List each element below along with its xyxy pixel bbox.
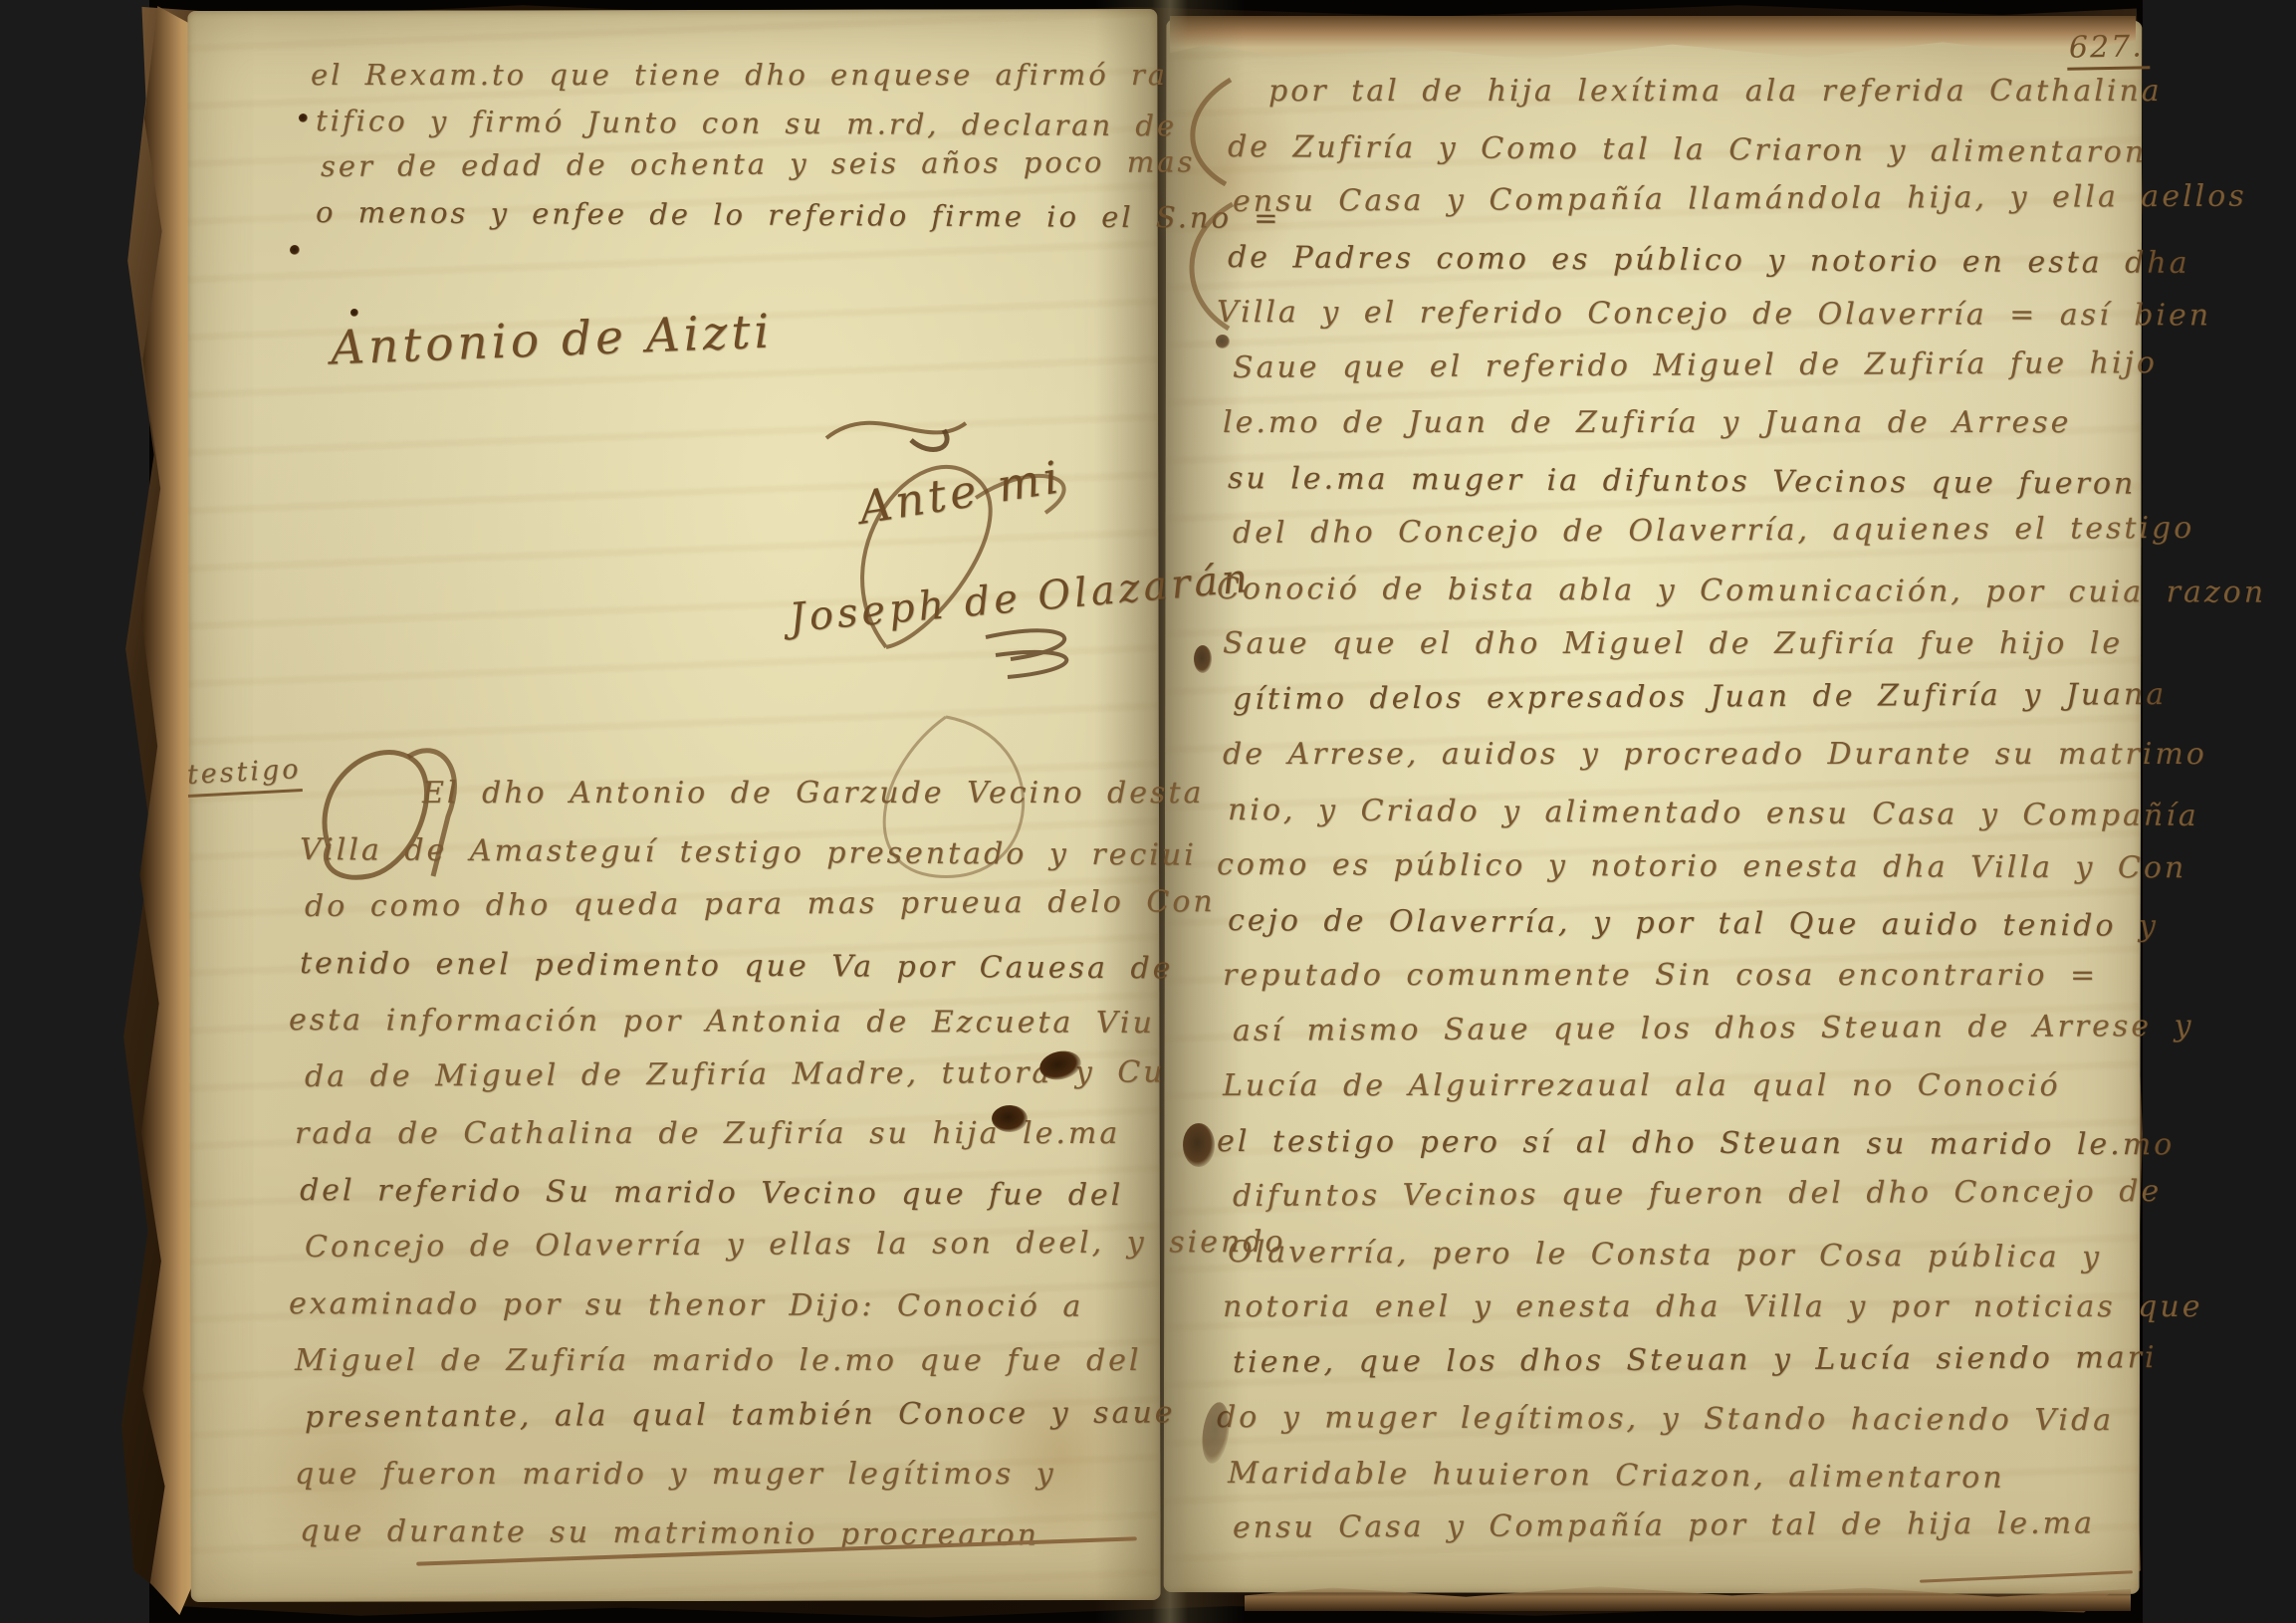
manuscript-line: difuntos Vecinos que fueron del dho Conc… — [1233, 1164, 2159, 1224]
manuscript-line: do como dho queda para mas prueua delo C… — [305, 873, 1181, 935]
manuscript-line: notoria enel y enesta dha Villa y por no… — [1223, 1279, 2149, 1335]
manuscript-line: tifico y firmó Junto con su m.rd, declar… — [316, 98, 873, 146]
manuscript-line: Miguel de Zufiría marido le.mo que fue d… — [295, 1332, 1171, 1389]
manuscript-scan: 627. el Rexam.to que tiene dho enquese a… — [0, 0, 2296, 1623]
margin-note-testigo: testigo — [186, 754, 303, 798]
manuscript-line: rada de Cathalina de Zufiría su hija le.… — [295, 1105, 1171, 1162]
manuscript-line: Conoció de bista abla y Comunicación, po… — [1217, 561, 2143, 619]
manuscript-line: tiene, que los dhos Steuan y Lucía siend… — [1233, 1330, 2159, 1390]
ink-blot — [1183, 1123, 1215, 1167]
manuscript-line: Saue que el dho Miguel de Zufiría fue hi… — [1223, 616, 2149, 672]
manuscript-line: el Rexam.to que tiene dho enquese afirmó… — [311, 52, 868, 98]
right-page-paragraph: por tal de hija lexítima ala referida Ca… — [1223, 64, 2149, 1556]
ink-blot — [1194, 645, 1212, 673]
manuscript-line: así mismo Saue que los dhos Steuan de Ar… — [1233, 999, 2159, 1058]
manuscript-line: ensu Casa y Compañía llamándola hija, y … — [1233, 169, 2159, 229]
manuscript-line: esta información por Antonia de Ezcueta … — [289, 992, 1165, 1051]
manuscript-line: Concejo de Olaverría y ellas la son deel… — [305, 1214, 1181, 1275]
ink-blot — [299, 114, 308, 122]
manuscript-line: presentante, ala qual también Conoce y s… — [305, 1384, 1181, 1446]
manuscript-line: de Padres como es público y notorio en e… — [1228, 230, 2154, 291]
manuscript-line: tenido enel pedimento que Va por Cauesa … — [300, 935, 1176, 997]
manuscript-line: de Arrese, auidos y procreado Durante su… — [1223, 727, 2149, 783]
manuscript-line: gítimo delos expresados Juan de Zufiría … — [1233, 667, 2159, 727]
manuscript-line: que fueron marido y muger legítimos y — [295, 1446, 1171, 1503]
manuscript-line: reputado comunmente Sin cosa encontrario… — [1223, 948, 2149, 1004]
testimony-paragraph: El dho Antonio de Garzude Vecino destaVi… — [295, 765, 1171, 1559]
manuscript-line: ser de edad de ochenta y seis años poco … — [321, 140, 878, 189]
manuscript-line: Olaverría, pero le Consta por Cosa públi… — [1228, 1225, 2154, 1285]
manuscript-line: del dho Concejo de Olaverría, aquienes e… — [1233, 501, 2159, 561]
manuscript-line: do y muger legítimos, y Stando haciendo … — [1217, 1390, 2143, 1449]
manuscript-line: Lucía de Alguirrezaual ala qual no Conoc… — [1223, 1058, 2149, 1114]
manuscript-line: examinado por su thenor Dijo: Conoció a — [289, 1275, 1165, 1335]
manuscript-line: cejo de Olaverría, y por tal Que auido t… — [1228, 893, 2154, 954]
manuscript-line: El dho Antonio de Garzude Vecino desta — [422, 765, 1171, 821]
manuscript-line: por tal de hija lexítima ala referida Ca… — [1268, 64, 2149, 119]
manuscript-line: ensu Casa y Compañía por tal de hija le.… — [1233, 1496, 2159, 1555]
ink-blot — [290, 245, 300, 255]
closing-paragraph: el Rexam.to que tiene dho enquese afirmó… — [311, 52, 868, 235]
ink-blot — [992, 1105, 1028, 1132]
ink-blot — [1216, 335, 1230, 348]
manuscript-line: Saue que el referido Miguel de Zufiría f… — [1233, 336, 2159, 395]
manuscript-line: como es público y notorio enesta dha Vil… — [1217, 837, 2143, 896]
manuscript-line: o menos y enfee de lo referido firme io … — [316, 189, 873, 238]
manuscript-line: el testigo pero sí al dho Steuan su mari… — [1217, 1113, 2143, 1172]
manuscript-line: que durante su matrimonio procrearon — [300, 1503, 1176, 1564]
manuscript-line: Villa y el referido Concejo de Olaverría… — [1217, 285, 2143, 344]
manuscript-line: le.mo de Juan de Zufiría y Juana de Arre… — [1223, 395, 2149, 451]
scan-border-left — [0, 0, 149, 1623]
manuscript-line: nio, y Criado y alimentado ensu Casa y C… — [1228, 783, 2154, 843]
ink-blot — [350, 309, 358, 317]
